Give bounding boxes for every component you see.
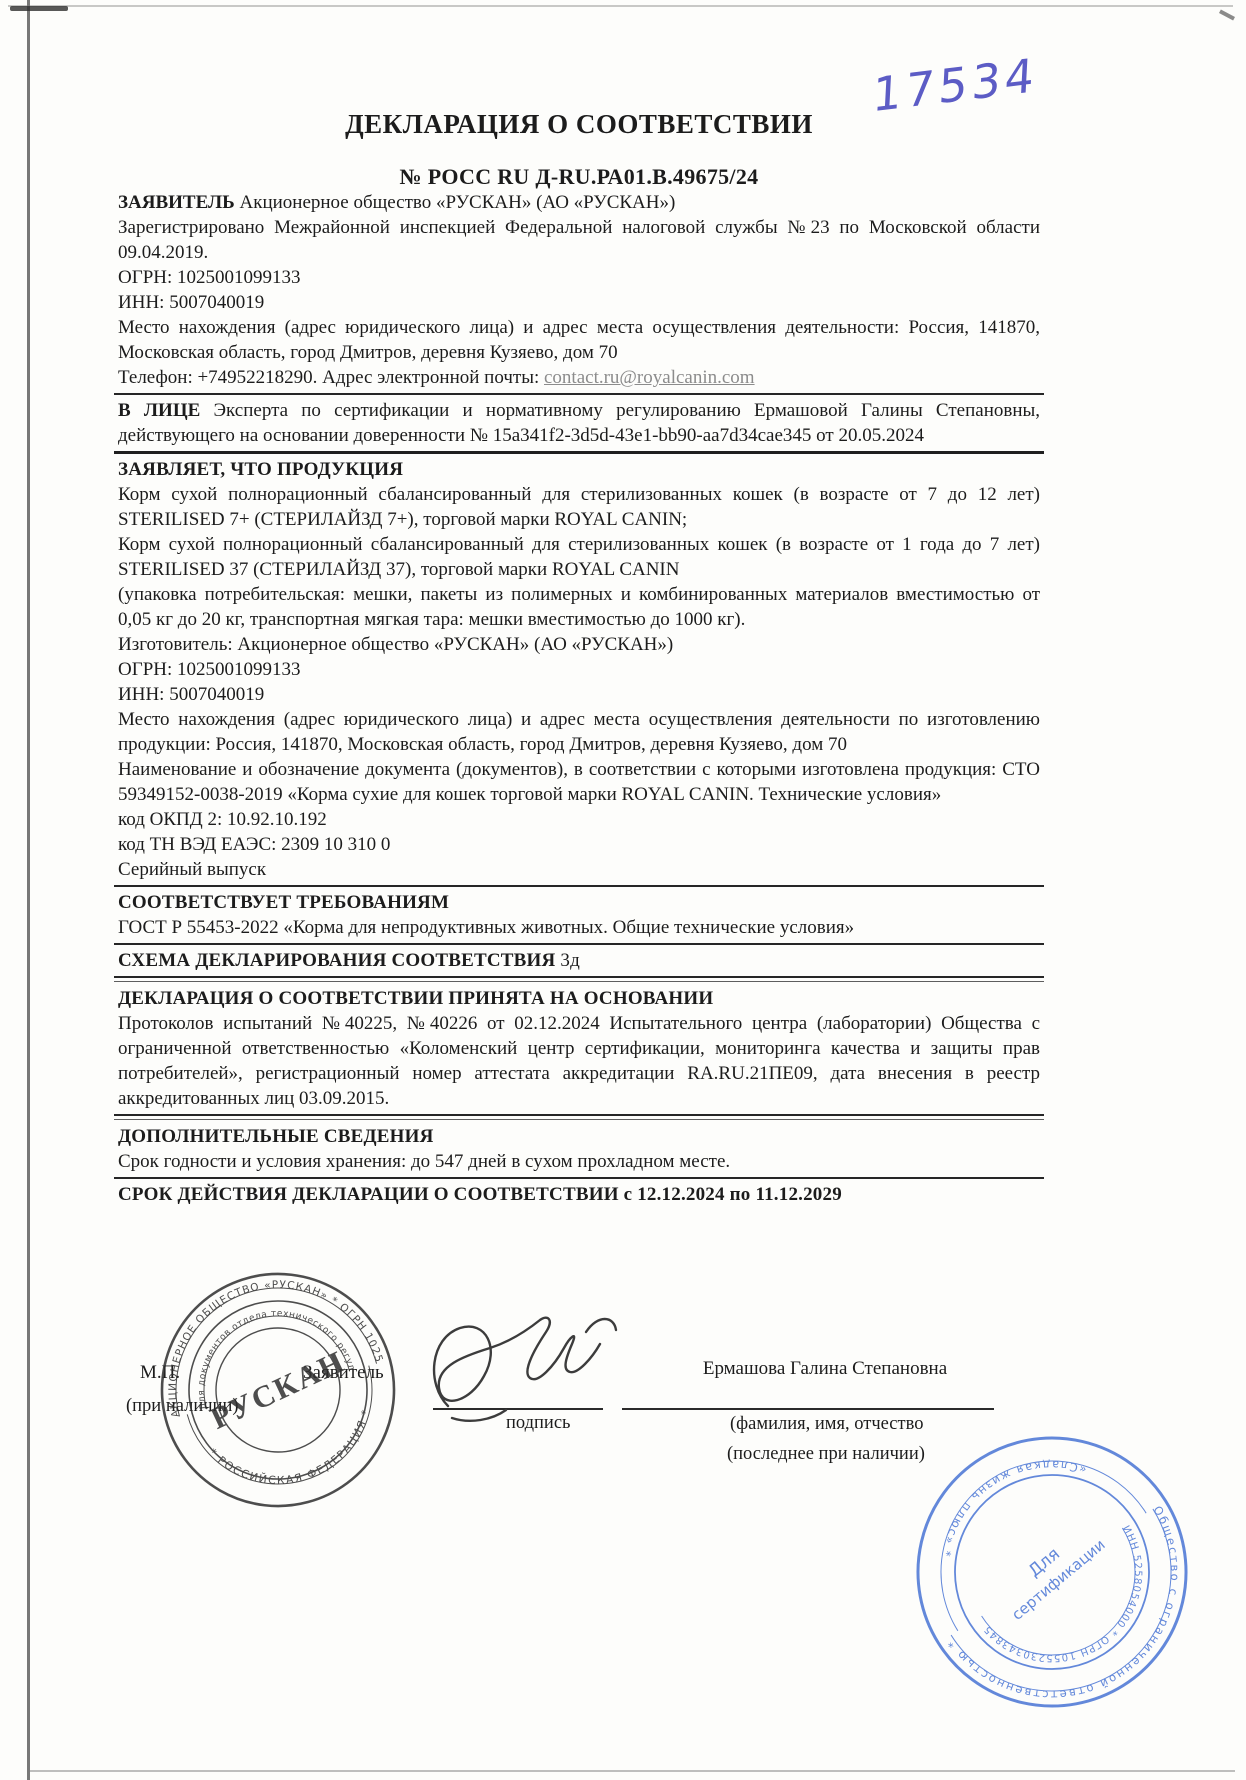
scanned-declaration-document: 17534 ДЕКЛАРАЦИЯ О СООТВЕТСТВИИ № РОСС R… — [0, 0, 1246, 1780]
applicant-registration: Зарегистрировано Межрайонной инспекцией … — [118, 215, 1040, 265]
declares-heading: ЗАЯВЛЯЕТ, ЧТО ПРОДУКЦИЯ — [118, 457, 1040, 482]
basis-heading: ДЕКЛАРАЦИЯ О СООТВЕТСТВИИ ПРИНЯТА НА ОСН… — [118, 986, 1040, 1011]
divider — [114, 885, 1044, 887]
scan-edge-bottom — [30, 1770, 1235, 1772]
manufacturer-address: Место нахождения (адрес юридического лиц… — [118, 707, 1040, 757]
applicant-contacts: Телефон: +74952218290. Адрес электронной… — [118, 365, 1040, 390]
name-caption: (последнее при наличии) — [727, 1444, 925, 1465]
scheme-value: 3д — [560, 950, 580, 971]
applicant-label: ЗАЯВИТЕЛЬ — [118, 192, 235, 213]
basis-text: Протоколов испытаний №40225, №40226 от 0… — [118, 1011, 1040, 1111]
okpd-code: код ОКПД 2: 10.92.10.192 — [118, 807, 1040, 832]
scan-edge-top — [8, 5, 1233, 7]
stamp-center-line2: сертификации — [1008, 1535, 1108, 1623]
tnved-code: код ТН ВЭД ЕАЭС: 2309 10 310 0 — [118, 832, 1040, 857]
document-body: ДЕКЛАРАЦИЯ О СООТВЕТСТВИИ № РОСС RU Д-RU… — [0, 0, 1246, 1207]
divider — [114, 943, 1044, 945]
divider — [114, 1114, 1044, 1120]
serial-release: Серийный выпуск — [118, 857, 1040, 882]
representative-line: В ЛИЦЕ Эксперта по сертификации и нормат… — [118, 398, 1040, 448]
validity-dates: с 12.12.2024 по 11.12.2029 — [624, 1184, 842, 1205]
gost-line: ГОСТ Р 55453-2022 «Корма для непродуктив… — [118, 915, 1040, 940]
divider — [114, 451, 1044, 454]
product-standard: Наименование и обозначение документа (до… — [118, 757, 1040, 807]
stamp-outer-bottom-text: «Сладкая жизнь плюс» * — [917, 1429, 1093, 1565]
handwritten-signature — [418, 1306, 630, 1432]
additional-heading: ДОПОЛНИТЕЛЬНЫЕ СВЕДЕНИЯ — [118, 1124, 1040, 1149]
applicant-ogrn: ОГРН: 1025001099133 — [118, 265, 1040, 290]
email-text: contact.ru@royalcanin.com — [544, 367, 755, 388]
conforms-heading: СООТВЕТСТВУЕТ ТРЕБОВАНИЯМ — [118, 890, 1040, 915]
name-line — [622, 1408, 994, 1410]
svg-text:«Сладкая жизнь плюс» *: «Сладкая жизнь плюс» * — [917, 1429, 1093, 1565]
shelf-life-line: Срок годности и условия хранения: до 547… — [118, 1149, 1040, 1174]
scan-corner-mark-topleft — [10, 6, 68, 11]
certification-round-stamp: Общество с ограниченной ответственностью… — [905, 1425, 1200, 1720]
name-caption: (фамилия, имя, отчество — [730, 1414, 923, 1435]
document-number: № РОСС RU Д-RU.РА01.В.49675/24 — [118, 164, 1040, 190]
divider — [114, 976, 1044, 982]
applicant-line: ЗАЯВИТЕЛЬ Акционерное общество «РУСКАН» … — [118, 190, 1040, 215]
applicant-inn: ИНН: 5007040019 — [118, 290, 1040, 315]
applicant-name: Акционерное общество «РУСКАН» (АО «РУСКА… — [240, 192, 676, 213]
product-line: Корм сухой полнорационный сбалансированн… — [118, 532, 1040, 582]
phone-text: Телефон: +74952218290. Адрес электронной… — [118, 367, 544, 388]
svg-text:Общество с ограниченной ответс: Общество с ограниченной ответственностью… — [942, 1503, 1200, 1720]
manufacturer-ogrn: ОГРН: 1025001099133 — [118, 657, 1040, 682]
scan-edge-left — [27, 0, 30, 1780]
product-line: Корм сухой полнорационный сбалансированн… — [118, 482, 1040, 532]
representative-text: Эксперта по сертификации и нормативному … — [118, 400, 1040, 446]
signer-name: Ермашова Галина Степановна — [650, 1358, 1000, 1380]
divider — [114, 1177, 1044, 1179]
scheme-heading: СХЕМА ДЕКЛАРИРОВАНИЯ СООТВЕТСТВИЯ 3д — [118, 948, 1040, 973]
product-packaging: (упаковка потребительская: мешки, пакеты… — [118, 582, 1040, 632]
representative-label: В ЛИЦЕ — [118, 400, 200, 421]
applicant-round-stamp: АКЦИОНЕРНОЕ ОБЩЕСТВО «РУСКАН» * ОГРН 102… — [154, 1266, 402, 1514]
validity-label: СРОК ДЕЙСТВИЯ ДЕКЛАРАЦИИ О СООТВЕТСТВИИ — [118, 1184, 619, 1205]
manufacturer-line: Изготовитель: Акционерное общество «РУСК… — [118, 632, 1040, 657]
scheme-label: СХЕМА ДЕКЛАРИРОВАНИЯ СООТВЕТСТВИЯ — [118, 950, 555, 971]
stamp-center-text: РУСКАН — [205, 1343, 351, 1436]
divider — [114, 393, 1044, 395]
manufacturer-inn: ИНН: 5007040019 — [118, 682, 1040, 707]
stamp-outer-text: Общество с ограниченной ответственностью… — [942, 1503, 1200, 1720]
validity-heading: СРОК ДЕЙСТВИЯ ДЕКЛАРАЦИИ О СООТВЕТСТВИИ … — [118, 1182, 1040, 1207]
applicant-address: Место нахождения (адрес юридического лиц… — [118, 315, 1040, 365]
